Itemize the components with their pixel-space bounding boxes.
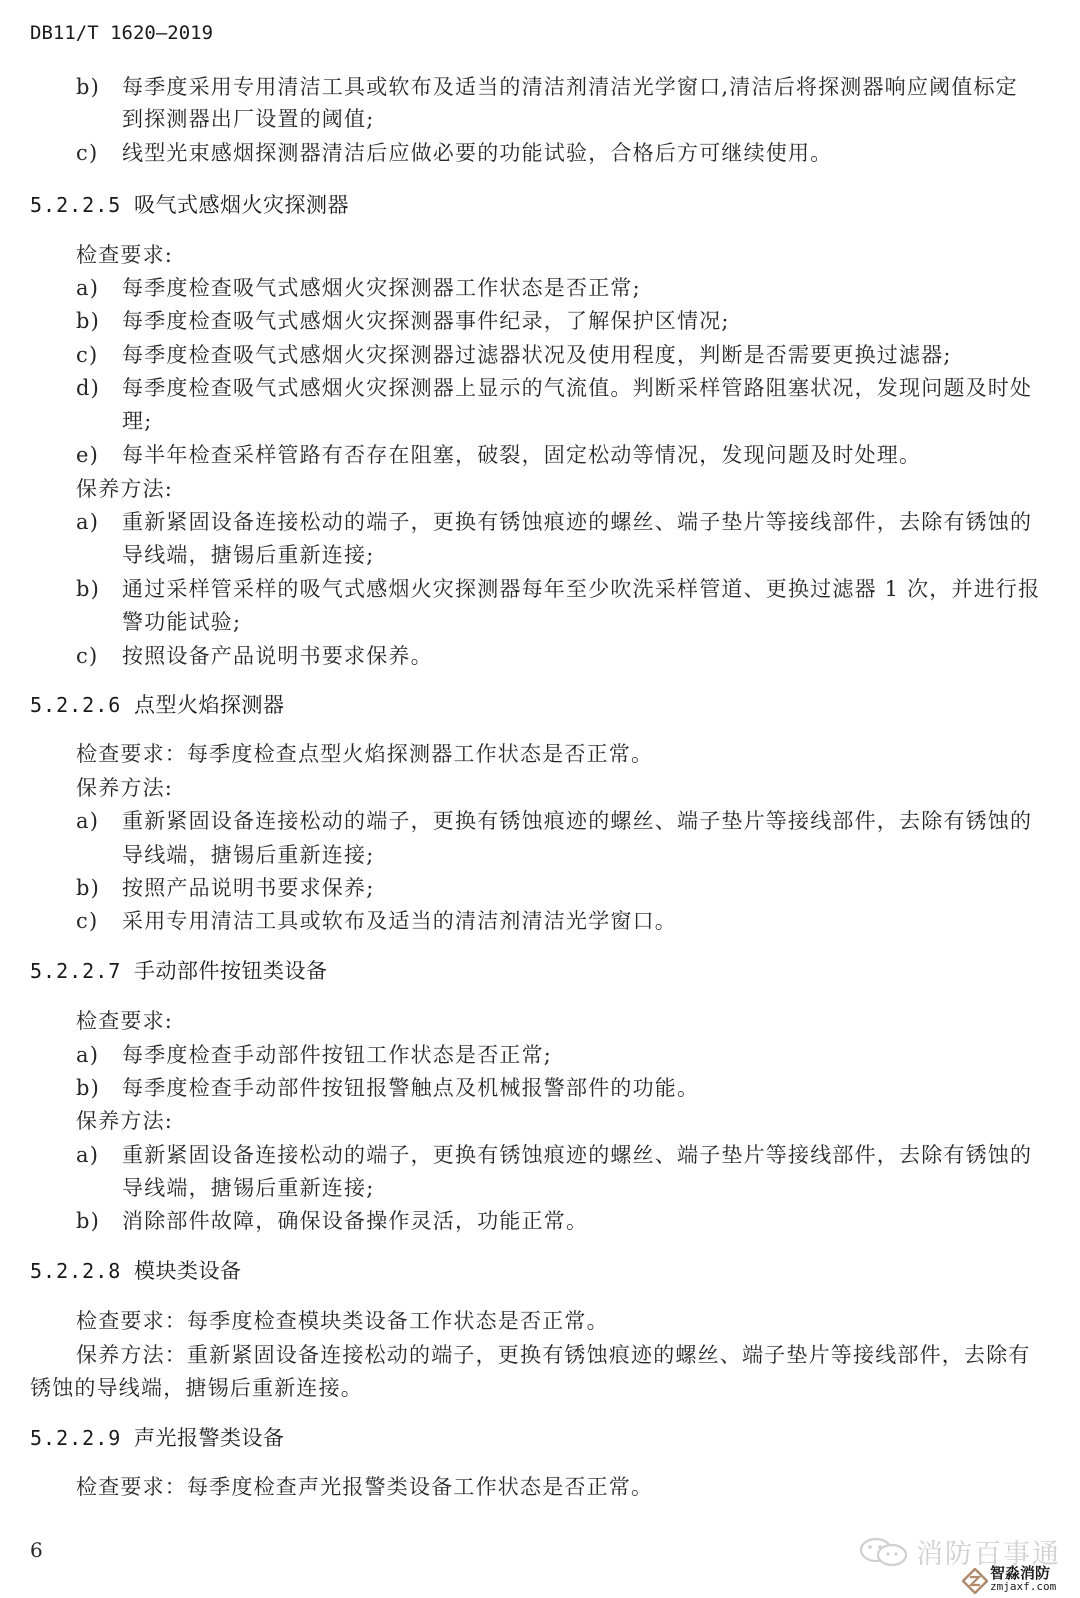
list-item: a)重新紧固设备连接松动的端子，更换有锈蚀痕迹的螺丝、端子垫片等接线部件，去除有…	[76, 507, 1032, 537]
list-item: d)每季度检查吸气式感烟火灾探测器上显示的气流值。判断采样管路阻塞状况，发现问题…	[76, 373, 1032, 403]
list-item: c)线型光束感烟探测器清洁后应做必要的功能试验，合格后方可继续使用。	[76, 138, 832, 168]
list-item: c)每季度检查吸气式感烟火灾探测器过滤器状况及使用程度，判断是否需要更换过滤器;	[76, 340, 952, 370]
list-item: b)每季度检查手动部件按钮报警触点及机械报警部件的功能。	[76, 1073, 699, 1103]
check-label: 检查要求:	[76, 240, 173, 270]
section-heading: 5.2.2.9声光报警类设备	[30, 1423, 285, 1453]
page-number: 6	[30, 1535, 44, 1565]
check-text: 检查要求：每季度检查点型火焰探测器工作状态是否正常。	[76, 739, 653, 769]
section-heading: 5.2.2.8模块类设备	[30, 1256, 242, 1286]
check-text: 检查要求：每季度检查声光报警类设备工作状态是否正常。	[76, 1472, 653, 1502]
list-item: b)消除部件故障，确保设备操作灵活，功能正常。	[76, 1206, 588, 1236]
list-item-continuation: 导线端，搪锡后重新连接;	[122, 540, 374, 570]
site-logo: 智淼消防 zmjaxf.com	[962, 1562, 1078, 1598]
list-item: a)每季度检查手动部件按钮工作状态是否正常;	[76, 1040, 552, 1070]
list-item-continuation: 导线端，搪锡后重新连接;	[122, 840, 374, 870]
maint-label: 保养方法:	[76, 1106, 173, 1136]
document-code: DB11/T 1620—2019	[30, 18, 213, 48]
list-item: b)通过采样管采样的吸气式感烟火灾探测器每年至少吹洗采样管道、更换过滤器 1 次…	[76, 574, 1040, 604]
wechat-icon	[858, 1536, 910, 1568]
list-item: c)按照设备产品说明书要求保养。	[76, 641, 433, 671]
maint-text: 保养方法：重新紧固设备连接松动的端子，更换有锈蚀痕迹的螺丝、端子垫片等接线部件，…	[76, 1340, 1031, 1370]
logo-url: zmjaxf.com	[990, 1580, 1056, 1593]
list-item: a)重新紧固设备连接松动的端子，更换有锈蚀痕迹的螺丝、端子垫片等接线部件，去除有…	[76, 1140, 1032, 1170]
list-item-continuation: 导线端，搪锡后重新连接;	[122, 1173, 374, 1203]
section-heading: 5.2.2.5吸气式感烟火灾探测器	[30, 190, 349, 220]
maint-text-continuation: 锈蚀的导线端，搪锡后重新连接。	[30, 1373, 363, 1403]
list-item: a)每季度检查吸气式感烟火灾探测器工作状态是否正常;	[76, 273, 641, 303]
check-text: 检查要求：每季度检查模块类设备工作状态是否正常。	[76, 1306, 609, 1336]
maint-label: 保养方法:	[76, 773, 173, 803]
list-item-continuation: 警功能试验;	[122, 607, 241, 637]
list-item: a)重新紧固设备连接松动的端子，更换有锈蚀痕迹的螺丝、端子垫片等接线部件，去除有…	[76, 806, 1032, 836]
list-item-continuation: 到探测器出厂设置的阈值;	[122, 104, 374, 134]
list-item-continuation: 理;	[122, 406, 152, 436]
list-item: b)每季度检查吸气式感烟火灾探测器事件纪录，了解保护区情况;	[76, 306, 730, 336]
maint-label: 保养方法:	[76, 474, 173, 504]
section-heading: 5.2.2.7手动部件按钮类设备	[30, 956, 328, 986]
check-label: 检查要求:	[76, 1006, 173, 1036]
zm-logo-icon	[962, 1568, 988, 1594]
section-heading: 5.2.2.6点型火焰探测器	[30, 690, 285, 720]
list-item: e)每半年检查采样管路有否存在阻塞，破裂，固定松动等情况，发现问题及时处理。	[76, 440, 921, 470]
list-item: c)采用专用清洁工具或软布及适当的清洁剂清洁光学窗口。	[76, 906, 677, 936]
list-item: b)每季度采用专用清洁工具或软布及适当的清洁剂清洁光学窗口,清洁后将探测器响应阈…	[76, 72, 1018, 102]
list-item: b)按照产品说明书要求保养;	[76, 873, 374, 903]
